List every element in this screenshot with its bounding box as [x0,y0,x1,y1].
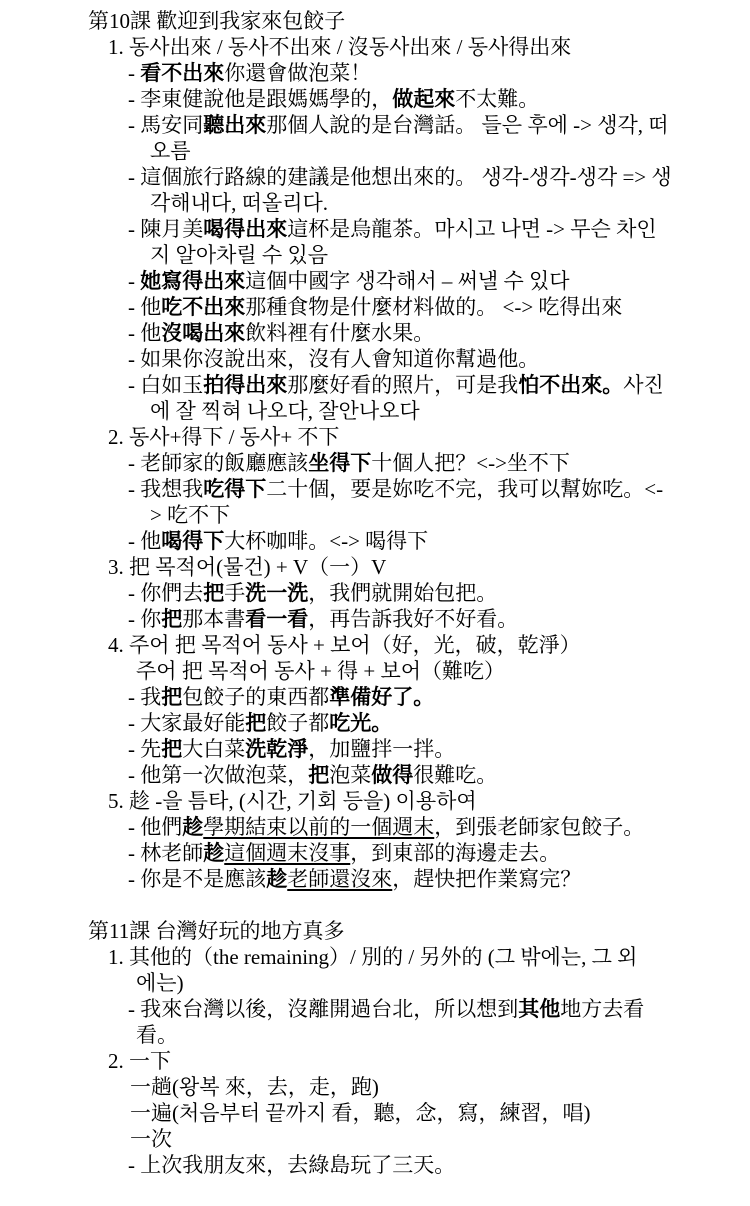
text-segment: 這個中國字 생각해서 – 써낼 수 있다 [245,269,569,293]
bold-text: 把 [308,763,329,787]
text-segment: - 他們 [128,815,182,839]
text-line: 1. 동사出來 / 동사不出來 / 沒동사出來 / 동사得出來 [0,34,750,60]
text-segment: - 白如玉 [128,373,203,397]
text-line: - 這個旅行路線的建議是他想出來的。 생각-생각-생각 => 생 [0,164,750,190]
text-segment: ，加鹽拌一拌。 [308,737,455,761]
bold-text: 怕不出來。 [518,373,623,397]
bold-text: 吃得下 [203,477,266,501]
document-content: 第10課 歡迎到我家來包餃子1. 동사出來 / 동사不出來 / 沒동사出來 / … [0,0,750,1178]
text-segment: ，到張老師家包餃子。 [434,815,644,839]
text-segment: - 李東健說他是跟媽媽學的， [128,87,392,111]
text-line: - 先把大白菜洗乾淨，加鹽拌一拌。 [0,736,750,762]
text-line: - 如果你沒說出來，沒有人會知道你幫過他。 [0,346,750,372]
bold-text: 把 [245,711,266,735]
text-line: - 陳月美喝得出來這杯是烏龍茶。마시고 나면 -> 무슨 차인 [0,216,750,242]
text-segment: - [128,61,140,85]
text-line: 오름 [0,138,750,164]
text-segment: 주어 把 목적어 동사 + 得 + 보어（難吃） [136,659,505,683]
text-segment: 那本書 [182,607,245,631]
text-segment: 지 알아차릴 수 있음 [150,243,328,267]
bold-text: 拍得出來 [203,373,287,397]
text-segment: 각해내다, 떠올리다. [150,191,328,215]
text-segment: 4. 주어 把 목적어 동사 + 보어（好，光，破，乾淨） [108,633,581,657]
bold-text: 把 [161,685,182,709]
text-line: - 他們趁學期結束以前的一個週末，到張老師家包餃子。 [0,814,750,840]
text-line: 一次 [0,1126,750,1152]
text-line: - 我來台灣以後，沒離開過台北，所以想到其他地方去看 [0,996,750,1022]
text-line: 4. 주어 把 목적어 동사 + 보어（好，光，破，乾淨） [0,632,750,658]
text-segment: 1. 동사出來 / 동사不出來 / 沒동사出來 / 동사得出來 [108,35,571,59]
text-segment: 第11課 台灣好玩的地方真多 [88,919,344,943]
text-segment: 你還會做泡菜！ [224,61,371,85]
text-segment: 看。 [136,1023,178,1047]
text-segment: - 老師家的飯廳應該 [128,451,308,475]
text-segment: 一次 [130,1127,172,1151]
text-segment: 2. 一下 [108,1049,171,1073]
text-line: - 她寫得出來這個中國字 생각해서 – 써낼 수 있다 [0,268,750,294]
text-segment: - 我想我 [128,477,203,501]
underlined-text: 這個週末沒事 [224,841,350,865]
text-line: - 上次我朋友來，去綠島玩了三天。 [0,1152,750,1178]
lesson-10-title: 第10課 歡迎到我家來包餃子 [0,8,750,34]
text-segment: 十個人把？<->坐不下 [371,451,570,475]
text-line: - 他喝得下大杯咖啡。<-> 喝得下 [0,528,750,554]
text-segment: 那個人說的是台灣話。 들은 후에 -> 생각, 떠 [266,113,668,137]
bold-text: 趁 [182,815,203,839]
text-segment: 에 잘 찍혀 나오다, 잘안나오다 [150,399,420,423]
text-segment: 飲料裡有什麼水果。 [245,321,434,345]
text-line: 각해내다, 떠올리다. [0,190,750,216]
text-line: 2. 동사+得下 / 동사+ 不下 [0,424,750,450]
text-line: - 你們去把手洗一洗，我們就開始包把。 [0,580,750,606]
bold-text: 喝得下 [161,529,224,553]
text-line: - 你把那本書看一看，再告訴我好不好看。 [0,606,750,632]
text-segment: ，我們就開始包把。 [308,581,497,605]
text-segment: - [128,269,140,293]
text-line: - 我想我吃得下二十個，要是妳吃不完，我可以幫妳吃。<- [0,476,750,502]
text-segment: 大杯咖啡。<-> 喝得下 [224,529,428,553]
text-line: - 看不出來你還會做泡菜！ [0,60,750,86]
text-segment: - 我來台灣以後，沒離開過台北，所以想到 [128,997,518,1021]
text-segment: ，趕快把作業寫完？ [392,867,581,891]
text-segment: 一趟(왕복 來，去，走，跑) [130,1075,379,1099]
text-line: 1. 其他的（the remaining）/ 別的 / 另外的 (그 밖에는, … [0,944,750,970]
text-line: 5. 趁 -을 틈타, (시간, 기회 등을) 이용하여 [0,788,750,814]
bold-text: 洗乾淨 [245,737,308,761]
text-line: - 他吃不出來那種食物是什麼材料做的。 <-> 吃得出來 [0,294,750,320]
text-segment: - 林老師 [128,841,203,865]
text-segment: 2. 동사+得下 / 동사+ 不下 [108,425,339,449]
text-segment: 餃子都 [266,711,329,735]
text-line: - 李東健說他是跟媽媽學的，做起來不太難。 [0,86,750,112]
bold-text: 準備好了。 [329,685,434,709]
bold-text: 坐得下 [308,451,371,475]
text-segment: - 馬安同 [128,113,203,137]
text-segment: - 他 [128,321,161,345]
text-line: 3. 把 목적어(물건) + V（一）V [0,554,750,580]
bold-text: 把 [203,581,224,605]
bold-text: 聽出來 [203,113,266,137]
text-line: 지 알아차릴 수 있음 [0,242,750,268]
text-line: - 老師家的飯廳應該坐得下十個人把？<->坐不下 [0,450,750,476]
text-line: 주어 把 목적어 동사 + 得 + 보어（難吃） [0,658,750,684]
underlined-text: 老師還沒來 [287,867,392,891]
text-segment: 大白菜 [182,737,245,761]
bold-text: 趁 [203,841,224,865]
text-line: > 吃不下 [0,502,750,528]
lesson-11-title: 第11課 台灣好玩的地方真多 [0,918,750,944]
bold-text: 喝得出來 [203,217,287,241]
text-line [0,892,750,918]
text-segment: 3. 把 목적어(물건) + V（一）V [108,555,386,579]
text-line: - 我把包餃子的東西都準備好了。 [0,684,750,710]
bold-text: 吃光。 [329,711,392,735]
text-segment: 一遍(처음부터 끝까지 看，聽，念，寫，練習，唱) [130,1101,591,1125]
text-segment: - 大家最好能 [128,711,245,735]
text-segment: > 吃不下 [150,503,230,527]
text-segment: - 上次我朋友來，去綠島玩了三天。 [128,1153,455,1177]
bold-text: 吃不出來 [161,295,245,319]
text-segment: 不太難。 [455,87,539,111]
text-segment: 地方去看 [560,997,644,1021]
text-segment: - 他第一次做泡菜， [128,763,308,787]
text-line: 2. 一下 [0,1048,750,1074]
text-segment: 那麼好看的照片，可是我 [287,373,518,397]
text-segment: 那種食物是什麼材料做的。 <-> 吃得出來 [245,295,622,319]
text-segment: 這杯是烏龍茶。마시고 나면 -> 무슨 차인 [287,217,656,241]
text-line: - 林老師趁這個週末沒事，到東部的海邊走去。 [0,840,750,866]
text-segment: 오름 [150,139,191,163]
text-segment: 很難吃。 [413,763,497,787]
text-segment: 手 [224,581,245,605]
text-segment: - 你 [128,607,161,631]
text-segment: - 先 [128,737,161,761]
bold-text: 她寫得出來 [140,269,245,293]
bold-text: 趁 [266,867,287,891]
bold-text: 洗一洗 [245,581,308,605]
bold-text: 其他 [518,997,560,1021]
text-segment: - 如果你沒說出來，沒有人會知道你幫過他。 [128,347,539,371]
bold-text: 做得 [371,763,413,787]
text-segment: ，到東部的海邊走去。 [350,841,560,865]
bold-text: 把 [161,737,182,761]
text-line: - 他第一次做泡菜，把泡菜做得很難吃。 [0,762,750,788]
text-segment: 泡菜 [329,763,371,787]
underlined-text: 學期結束以前的一個週末 [203,815,434,839]
text-segment: - 這個旅行路線的建議是他想出來的。 생각-생각-생각 => 생 [128,165,672,189]
text-line: 에는) [0,970,750,996]
text-segment: ，再告訴我好不好看。 [308,607,518,631]
text-line: 一遍(처음부터 끝까지 看，聽，念，寫，練習，唱) [0,1100,750,1126]
text-segment: - 他 [128,295,161,319]
text-line: - 大家最好能把餃子都吃光。 [0,710,750,736]
bold-text: 看不出來 [140,61,224,85]
text-segment: 1. 其他的（the remaining）/ 別的 / 另外的 (그 밖에는, … [108,945,637,969]
text-segment: - 你們去 [128,581,203,605]
bold-text: 沒喝出來 [161,321,245,345]
text-line: - 他沒喝出來飲料裡有什麼水果。 [0,320,750,346]
bold-text: 做起來 [392,87,455,111]
text-segment: - 你是不是應該 [128,867,266,891]
text-segment: - 陳月美 [128,217,203,241]
text-segment: - 他 [128,529,161,553]
text-line: 一趟(왕복 來，去，走，跑) [0,1074,750,1100]
text-line: 看。 [0,1022,750,1048]
bold-text: 把 [161,607,182,631]
text-segment: 包餃子的東西都 [182,685,329,709]
text-segment: 5. 趁 -을 틈타, (시간, 기회 등을) 이용하여 [108,789,477,813]
bold-text: 看一看 [245,607,308,631]
text-line: - 馬安同聽出來那個人說的是台灣話。 들은 후에 -> 생각, 떠 [0,112,750,138]
text-line: - 白如玉拍得出來那麼好看的照片，可是我怕不出來。사진 [0,372,750,398]
text-segment: 에는) [136,971,184,995]
text-line: 에 잘 찍혀 나오다, 잘안나오다 [0,398,750,424]
text-segment: - 我 [128,685,161,709]
text-segment: 第10課 歡迎到我家來包餃子 [88,9,345,33]
document-page: 第10課 歡迎到我家來包餃子1. 동사出來 / 동사不出來 / 沒동사出來 / … [0,0,750,1206]
text-segment: 사진 [623,373,664,397]
text-segment: 二十個，要是妳吃不完，我可以幫妳吃。<- [266,477,663,501]
text-line: - 你是不是應該趁老師還沒來，趕快把作業寫完？ [0,866,750,892]
